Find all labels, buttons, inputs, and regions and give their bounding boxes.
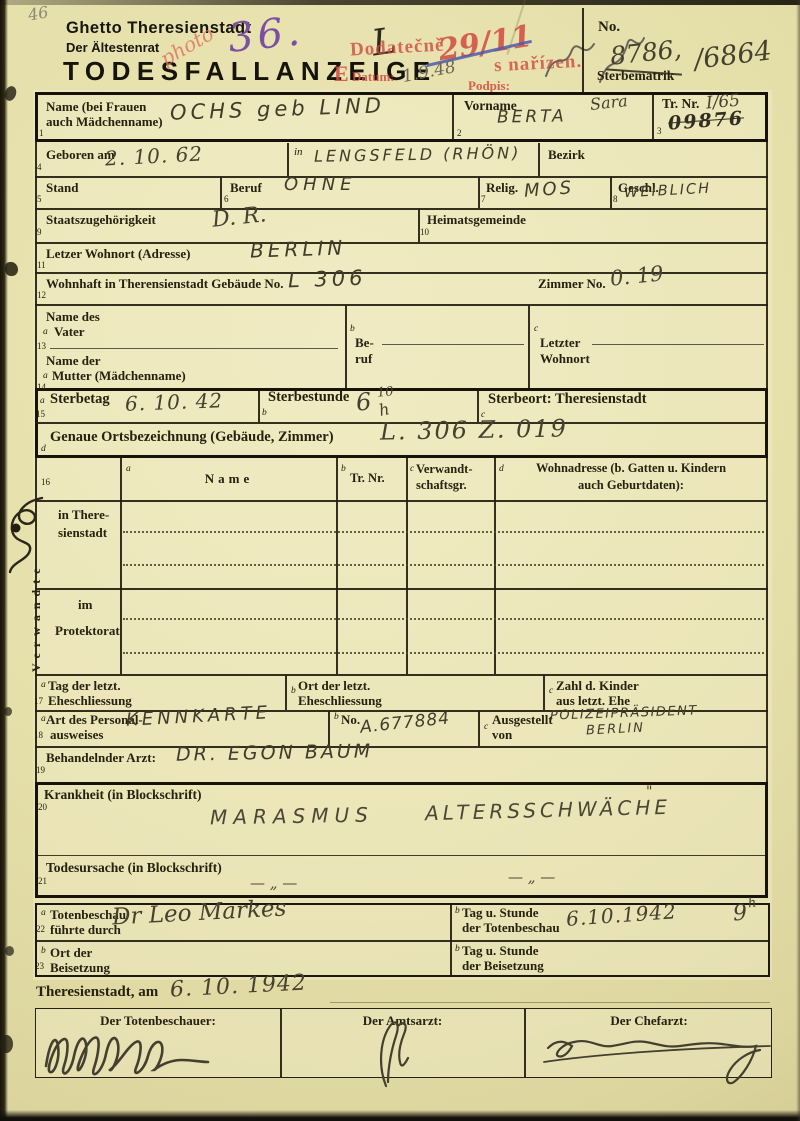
sterbestunde-value: 6 — [355, 387, 373, 416]
table-col-address-line1: Wohnadresse (b. Gatten u. Kindern — [496, 462, 766, 475]
dotted-rule — [123, 618, 764, 620]
sub-c: c — [484, 722, 488, 732]
divider — [528, 305, 530, 388]
scan-edge-right — [796, 0, 800, 1121]
hline — [35, 242, 768, 244]
relig-label: Relig. — [486, 181, 518, 195]
scan-edge-top — [0, 0, 800, 5]
field-number-13: 13 — [37, 341, 46, 351]
ausgestellt-label-line1: Ausgestellt — [492, 713, 553, 727]
sub-d: d — [41, 444, 46, 454]
beisetzung-time-label-line1: Tag u. Stunde — [462, 944, 538, 958]
staat-label: Staatszugehörigkeit — [46, 213, 156, 227]
sub-c: c — [410, 464, 414, 474]
vater-label-line2: Vater — [54, 325, 85, 339]
ink-flourish — [2, 492, 50, 584]
field-number-21: 21 — [38, 876, 47, 886]
dotted-rule — [123, 564, 764, 566]
name-label-line2: auch Mädchenname) — [46, 115, 163, 129]
field-number-9: 9 — [37, 227, 42, 237]
todesursache-label: Todesursache (in Blockschrift) — [46, 861, 222, 875]
field-number-5: 5 — [37, 194, 42, 204]
table-col-trnr: Tr. Nr. — [350, 472, 385, 485]
write-in-line-beruf — [382, 344, 524, 345]
beruf-value: OHNE — [284, 174, 357, 195]
beisetzung-ort-label-line1: Ort der — [50, 946, 92, 960]
signature-amtsarzt — [358, 1018, 428, 1096]
no-label: No. — [598, 20, 620, 36]
ausweis-no-label: No. — [341, 713, 360, 727]
form-right-edge — [766, 674, 768, 782]
hline — [35, 176, 768, 178]
heimat-label: Heimatsgemeinde — [427, 213, 526, 227]
sterbetag-label: Sterbetag — [50, 392, 110, 407]
punch-hole-mark-4 — [5, 946, 14, 956]
field-number-7: 7 — [481, 194, 486, 204]
divider — [287, 143, 289, 176]
table-col-address-line2: auch Geburtdaten): — [496, 479, 766, 492]
footer-place-label: Theresienstadt, am — [36, 985, 158, 1001]
sub-b: b — [455, 944, 460, 954]
ausgestellt-value-line2: BERLIN — [586, 720, 646, 738]
totenbeschau-label-line2: führte durch — [50, 923, 121, 937]
sterbestunde-label: Sterbestunde — [268, 390, 349, 405]
dotted-rule — [123, 652, 764, 654]
table-col-verwandtschaft-line1: Verwandt- — [416, 463, 472, 476]
signature-totenbeschauer — [40, 1026, 240, 1081]
edge-blot — [0, 1035, 13, 1053]
divider — [280, 1009, 282, 1077]
field-number-14: 14 — [37, 382, 46, 392]
arzt-label: Behandelnder Arzt: — [46, 751, 156, 765]
header-divider-vertical — [582, 8, 584, 92]
field-number-12: 12 — [37, 290, 46, 300]
punch-hole-mark-3 — [4, 707, 12, 716]
beisetzung-time-label-line2: der Beisetzung — [462, 959, 544, 973]
field-number-6: 6 — [224, 194, 229, 204]
zimmer-label: Zimmer No. — [538, 277, 606, 291]
divider — [450, 905, 452, 975]
bezirk-label: Bezirk — [548, 148, 585, 162]
sub-a: a — [40, 396, 45, 406]
field-number-16: 16 — [41, 477, 50, 487]
mutter-label-line1: Name der — [46, 354, 101, 368]
todesursache-ditto-1: — „ — — [250, 874, 297, 892]
form-right-edge — [766, 142, 768, 388]
letzter-wohnort-label-line2: Wohnort — [540, 352, 590, 366]
divider — [418, 209, 420, 242]
trnr-label: Tr. Nr. — [662, 97, 699, 111]
krankheit-value-1: MARASMUS — [210, 803, 374, 830]
krankheit-divider — [38, 855, 765, 856]
sub-b: b — [455, 906, 460, 916]
table-col-verwandtschaft-line2: schaftsgr. — [416, 479, 467, 492]
no-value: 8786, — [609, 34, 683, 70]
table-col-line — [336, 458, 338, 674]
arzt-value: DR. EGON BAUM — [176, 740, 374, 765]
mutter-label-line2: Mutter (Mädchenname) — [52, 369, 186, 383]
beisetzung-ort-label-line2: Beisetzung — [50, 961, 110, 975]
table-row2-label-line1: im — [78, 598, 92, 612]
scan-edge-bottom — [0, 1110, 800, 1121]
hline — [35, 746, 768, 748]
field-number-15: 15 — [36, 409, 45, 419]
ortsbezeichnung-value: L. 306 Z. 019 — [380, 414, 568, 445]
kinder-label-line1: Zahl d. Kinder — [556, 679, 639, 693]
table-bottom — [35, 674, 768, 676]
sub-b: b — [41, 946, 46, 956]
table-col-line — [406, 458, 408, 674]
sub-b: b — [334, 712, 339, 722]
stamp-edge-fragment: E — [334, 62, 349, 85]
divider — [524, 1009, 526, 1077]
table-row2-label-line2: Protektorat — [55, 624, 120, 638]
table-row1-label-line1: in There- — [58, 508, 109, 522]
divider — [345, 305, 347, 388]
beruf-label: Beruf — [230, 181, 262, 195]
divider — [220, 177, 222, 208]
sterbetag-value: 6. 10. 42 — [125, 388, 224, 415]
table-row-divider — [35, 588, 768, 590]
gebaeude-value: L 306 — [288, 266, 367, 293]
table-col-name: Name — [122, 472, 336, 486]
sub-c: c — [549, 686, 553, 696]
birthplace-value: LENGSFELD (RHÖN) — [314, 143, 522, 166]
sterbematrik-label: Sterbematrik — [597, 69, 674, 83]
sterbematrik-value: /6864 — [692, 35, 773, 75]
org-name-line2: Der Ältestenrat — [66, 40, 159, 55]
beruf2-label-line2: ruf — [355, 352, 372, 366]
field-number-19: 19 — [36, 765, 45, 775]
vorname-value: BERTA — [497, 106, 567, 127]
stand-label: Stand — [46, 181, 79, 195]
eheschliessung-ort-label-line1: Ort der letzt. — [298, 679, 370, 693]
sub-b: b — [291, 686, 296, 696]
divider — [452, 95, 454, 139]
sub-c: c — [534, 324, 538, 334]
wohnort-value: BERLIN — [250, 235, 347, 262]
wohnort-label: Letzer Wohnort (Adresse) — [46, 247, 190, 261]
eheschliessung-ort-label-line2: Eheschliessung — [298, 694, 382, 708]
divider — [285, 675, 287, 710]
table-header-bottom — [35, 500, 768, 502]
hline — [35, 208, 768, 210]
eheschliessung-tag-label-line1: Tag der letzt. — [48, 679, 121, 693]
field-number-11: 11 — [37, 260, 46, 270]
totenbeschau-hour-value: 9 — [732, 901, 748, 927]
beruf2-label-line1: Be- — [355, 336, 374, 350]
sub-a: a — [43, 327, 48, 337]
hline — [35, 304, 768, 306]
divider — [258, 391, 260, 422]
name-label-line1: Name (bei Frauen — [46, 100, 146, 114]
divider — [538, 143, 540, 176]
sub-a: a — [41, 908, 46, 918]
sub-b: b — [341, 464, 346, 474]
todesursache-ditto-2: — „ — — [508, 868, 555, 886]
sub-b: b — [350, 324, 355, 334]
eheschliessung-tag-label-line2: Eheschliessung — [48, 694, 132, 708]
divider — [543, 675, 545, 710]
death-notice-form-scan: 46 Ghetto Theresienstadt Der Ältestenrat… — [0, 0, 800, 1121]
imposed-name-sara: Sara — [589, 91, 628, 114]
krankheit-quote-mark: " — [646, 784, 655, 800]
divider — [610, 177, 612, 208]
geboren-value: 2. 10. 62 — [104, 141, 203, 170]
field-number-10: 10 — [420, 227, 429, 237]
totenbeschau-time-label-line2: der Totenbeschau — [462, 921, 560, 935]
case-number-purple: 36. — [226, 8, 306, 62]
letzter-wohnort-label-line1: Letzter — [540, 336, 580, 350]
vater-label-line1: Name des — [46, 310, 100, 324]
relig-value: MOS — [523, 177, 574, 201]
field-number-20: 20 — [38, 802, 47, 812]
dotted-rule — [123, 531, 764, 533]
write-in-line-13 — [50, 348, 338, 349]
field-number-17: 17 — [34, 696, 43, 706]
field-number-1: 1 — [39, 128, 44, 138]
divider — [652, 95, 654, 139]
krankheit-label: Krankheit (in Blockschrift) — [44, 788, 202, 802]
field-number-23: 23 — [35, 961, 44, 971]
ortsbezeichnung-label: Genaue Ortsbezeichnung (Gebäude, Zimmer) — [50, 430, 334, 445]
ausweis-label-line2: ausweises — [50, 728, 103, 742]
punch-hole-mark-2 — [5, 262, 18, 276]
divider — [478, 711, 480, 746]
sub-b: b — [262, 408, 267, 418]
totenbeschau-time-label-line1: Tag u. Stunde — [462, 906, 538, 920]
sub-a: a — [41, 680, 46, 690]
ausgestellt-label-line2: von — [492, 728, 512, 742]
footer-rule — [330, 1002, 770, 1003]
hline — [36, 940, 769, 942]
in-label: in — [294, 146, 303, 158]
table-right-edge — [766, 458, 768, 674]
write-in-line-wohnort — [592, 344, 764, 345]
field-number-8: 8 — [613, 194, 618, 204]
field-number-22: 22 — [36, 924, 45, 934]
sub-a: a — [43, 371, 48, 381]
stamp-podpis-label: Podpis: — [468, 79, 510, 93]
gebaeude-label: Wohnhaft in Therensienstadt Gebäude No. — [46, 277, 284, 291]
table-col-line — [120, 458, 122, 674]
signature-chefarzt — [538, 1018, 774, 1090]
sterbestunde-value-sup: 10 — [376, 384, 394, 400]
sterbeort-label: Sterbeort: Theresienstadt — [488, 392, 647, 407]
field-number-2: 2 — [457, 128, 462, 138]
corner-pencil-note: 46 — [27, 2, 50, 24]
org-name-line1: Ghetto Theresienstadt — [66, 19, 252, 38]
field-number-4: 4 — [37, 162, 42, 172]
divider — [478, 177, 480, 208]
field-number-18: 18 — [34, 730, 43, 740]
field-number-3: 3 — [657, 126, 662, 136]
stamp-datum-label: Datum: — [352, 70, 395, 84]
table-row1-label-line2: sienstadt — [58, 526, 107, 540]
